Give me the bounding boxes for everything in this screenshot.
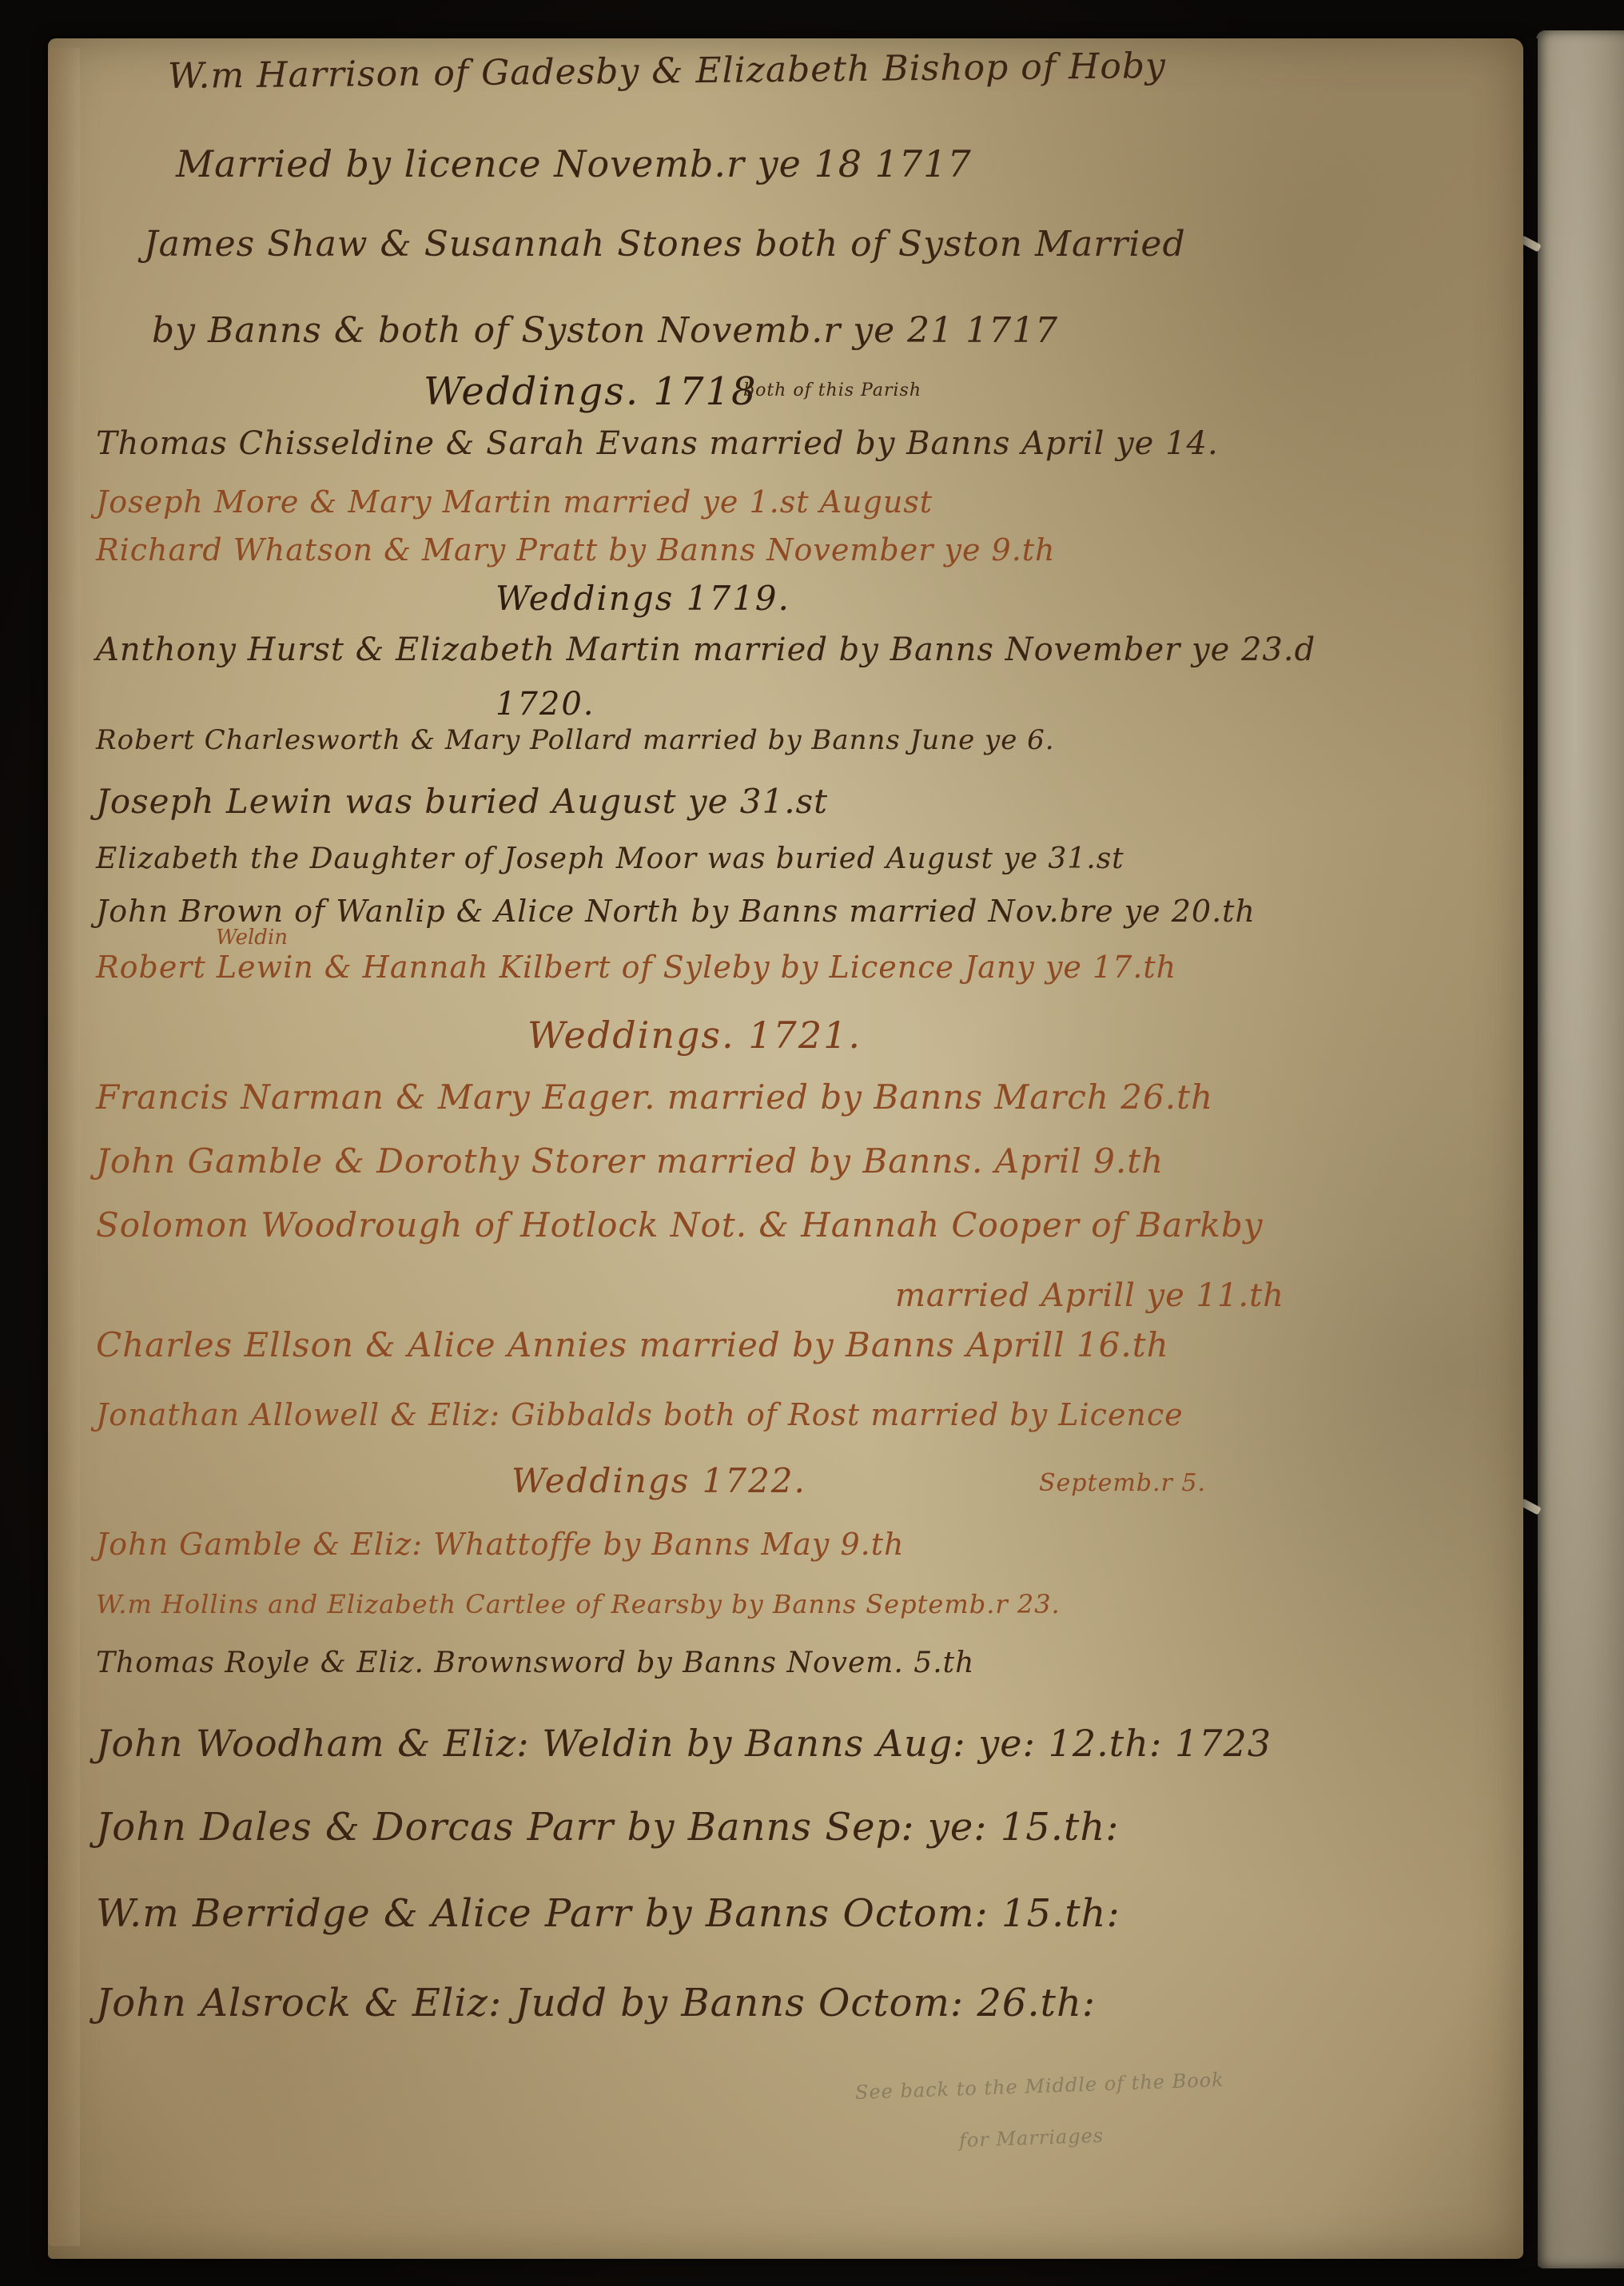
entry-line: Charles Ellson & Alice Annies married by… [96,1325,1169,1364]
entry-line: Francis Narman & Mary Eager. married by … [96,1077,1213,1117]
entry-line: John Dales & Dorcas Parr by Banns Sep: y… [96,1805,1119,1850]
entry-line: John Alsrock & Eliz: Judd by Banns Octom… [96,1981,1096,2025]
entry-line: Joseph Lewin was buried August ye 31.st [96,782,828,821]
pencil-note-line: See back to the Middle of the Book [855,2069,1225,2104]
year-heading: Weddings. 1718 [424,369,758,414]
entry-annotation: both of this Parish [743,380,921,400]
year-heading: 1720. [496,686,595,723]
entry-line: W.m Hollins and Elizabeth Cartlee of Rea… [96,1589,1061,1619]
entry-line: Joseph More & Mary Martin married ye 1.s… [96,484,933,520]
entry-line: Thomas Chisseldine & Sarah Evans married… [96,425,1219,462]
entry-line: W.m Harrison of Gadesby & Elizabeth Bish… [168,46,1166,97]
year-heading: Weddings. 1721. [527,1014,862,1057]
entry-line: Solomon Woodrough of Hotlock Not. & Hann… [96,1205,1263,1245]
entry-line: John Gamble & Eliz: Whattoffe by Banns M… [96,1527,904,1562]
entry-line: Robert Charlesworth & Mary Pollard marri… [96,724,1055,756]
pencil-note-line: for Marriages [959,2125,1105,2152]
year-heading: Weddings 1722. [511,1461,806,1500]
entry-line: John Gamble & Dorothy Storer married by … [96,1141,1164,1181]
entry-line: Married by licence Novemb.r ye 18 1717 [176,142,972,185]
entry-line: Anthony Hurst & Elizabeth Martin married… [96,631,1316,668]
register-entries: W.m Harrison of Gadesby & Elizabeth Bish… [48,38,1523,2259]
entry-line: John Woodham & Eliz: Weldin by Banns Aug… [96,1722,1272,1765]
entry-line: James Shaw & Susannah Stones both of Sys… [144,224,1186,265]
year-heading: Weddings 1719. [496,579,790,618]
entry-line: by Banns & both of Syston Novemb.r ye 21… [152,310,1058,351]
entry-line: Thomas Royle & Eliz. Brownsword by Banns… [96,1647,974,1679]
entry-line: W.m Berridge & Alice Parr by Banns Octom… [96,1891,1120,1936]
entry-line: Richard Whatson & Mary Pratt by Banns No… [96,532,1056,568]
entry-line: Robert Lewin & Hannah Kilbert of Syleby … [96,950,1176,985]
entry-line: John Brown of Wanlip & Alice North by Ba… [96,894,1256,929]
entry-line: Jonathan Allowell & Eliz: Gibbalds both … [96,1397,1184,1432]
entry-line: married Aprill ye 11.th [895,1277,1284,1314]
entry-line: Elizabeth the Daughter of Joseph Moor wa… [96,842,1124,875]
inserted-word: Weldin [216,926,288,950]
facing-page-edge [1536,30,1624,2268]
entry-line: Septemb.r 5. [1039,1469,1206,1497]
